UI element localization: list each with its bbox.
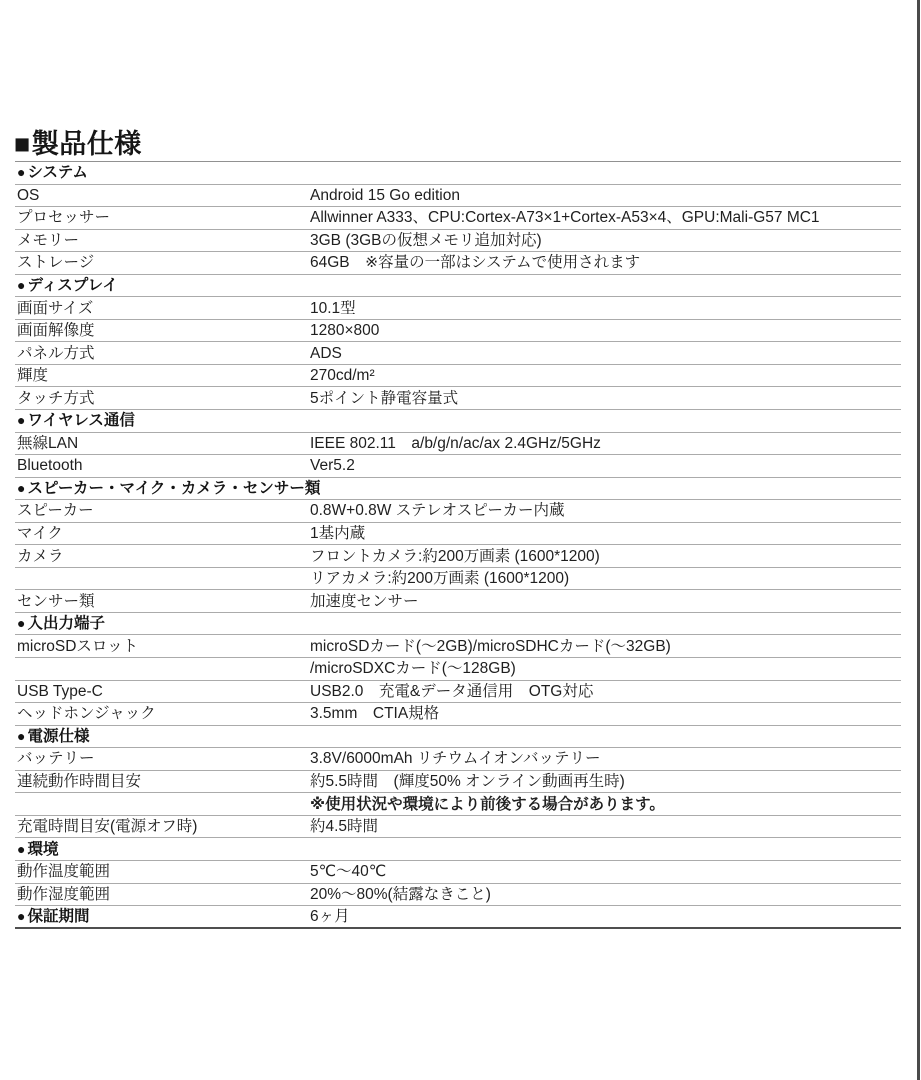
row-label-text: マイク <box>17 523 63 544</box>
spec-row: スピーカー0.8W+0.8W ステレオスピーカー内蔵 <box>15 500 901 523</box>
row-label: 連続動作時間目安 <box>17 771 141 793</box>
row-label: ●電源仕様 <box>17 726 89 748</box>
row-label: 輝度 <box>17 365 48 387</box>
section-bullet-icon: ● <box>17 410 25 431</box>
row-label-text: システム <box>27 162 87 183</box>
row-label-text: ワイヤレス通信 <box>27 410 134 431</box>
row-value: 0.8W+0.8W ステレオスピーカー内蔵 <box>310 500 565 522</box>
row-label: OS <box>17 185 39 207</box>
spec-row: 画面サイズ10.1型 <box>15 297 901 320</box>
row-label: ●環境 <box>17 838 58 860</box>
row-value: 1280×800 <box>310 320 379 342</box>
row-label-text: 画面サイズ <box>17 298 93 319</box>
spec-row: パネル方式ADS <box>15 342 901 365</box>
row-label-text: 保証期間 <box>27 906 89 927</box>
row-label-text: スピーカー <box>17 500 94 521</box>
section-bullet-icon: ● <box>17 906 25 927</box>
spec-row: ※使用状況や環境により前後する場合があります。 <box>15 793 901 816</box>
section-row: ●スピーカー・マイク・カメラ・センサー類 <box>15 478 901 501</box>
row-label-text: USB Type-C <box>17 681 103 702</box>
row-label-text: microSDスロット <box>17 636 138 657</box>
section-bullet-icon: ● <box>17 839 25 860</box>
spec-row: バッテリー3.8V/6000mAh リチウムイオンバッテリー <box>15 748 901 771</box>
spec-row: センサー類加速度センサー <box>15 590 901 613</box>
spec-row: USB Type-CUSB2.0 充電&データ通信用 OTG対応 <box>15 681 901 704</box>
row-value: 20%～80%(結露なきこと) <box>310 884 491 906</box>
row-label-text: ストレージ <box>17 252 94 273</box>
spec-row: 画面解像度1280×800 <box>15 320 901 343</box>
row-value: USB2.0 充電&データ通信用 OTG対応 <box>310 681 593 703</box>
row-label-text: メモリー <box>17 230 79 251</box>
row-label: ●保証期間 <box>17 906 89 927</box>
section-row: ●入出力端子 <box>15 613 901 636</box>
spec-row: OSAndroid 15 Go edition <box>15 185 901 208</box>
spec-row: タッチ方式5ポイント静電容量式 <box>15 387 901 410</box>
spec-row: 無線LANIEEE 802.11 a/b/g/n/ac/ax 2.4GHz/5G… <box>15 433 901 456</box>
row-label-text: ディスプレイ <box>27 275 117 296</box>
spec-row: microSDスロットmicroSDカード(～2GB)/microSDHCカード… <box>15 635 901 658</box>
row-label-text: 動作湿度範囲 <box>17 884 110 905</box>
row-label-text: 無線LAN <box>17 433 78 454</box>
spec-row: BluetoothVer5.2 <box>15 455 901 478</box>
row-label: マイク <box>17 523 63 545</box>
row-value: Allwinner A333、CPU:Cortex-A73×1+Cortex-A… <box>310 207 820 229</box>
row-label: 画面サイズ <box>17 297 93 319</box>
row-label-text: カメラ <box>17 546 64 567</box>
row-label: 画面解像度 <box>17 320 95 342</box>
row-label-text: タッチ方式 <box>17 388 95 409</box>
row-label: ●入出力端子 <box>17 613 105 635</box>
row-label: ●システム <box>17 162 88 184</box>
row-label: メモリー <box>17 230 79 252</box>
row-label: 動作温度範囲 <box>17 861 110 883</box>
spec-row: メモリー3GB (3GBの仮想メモリ追加対応) <box>15 230 901 253</box>
spec-row: 充電時間目安(電源オフ時)約4.5時間 <box>15 816 901 839</box>
row-value: /microSDXCカード(～128GB) <box>310 658 516 680</box>
spec-row: カメラフロントカメラ:約200万画素 (1600*1200) <box>15 545 901 568</box>
spec-row: /microSDXCカード(～128GB) <box>15 658 901 681</box>
row-label: 無線LAN <box>17 433 78 455</box>
row-label: ●ディスプレイ <box>17 275 118 297</box>
row-label-text: Bluetooth <box>17 455 83 476</box>
row-label-text: センサー類 <box>17 591 95 612</box>
row-label-text: 電源仕様 <box>27 726 89 747</box>
row-value: フロントカメラ:約200万画素 (1600*1200) <box>310 545 600 567</box>
row-label: プロセッサー <box>17 207 110 229</box>
row-label: スピーカー <box>17 500 94 522</box>
row-value: 10.1型 <box>310 297 356 319</box>
row-label-text: バッテリー <box>17 748 95 769</box>
row-label: バッテリー <box>17 748 95 770</box>
row-label-text: 画面解像度 <box>17 320 95 341</box>
spec-row: 動作温度範囲5℃～40℃ <box>15 861 901 884</box>
row-label: パネル方式 <box>17 342 95 364</box>
row-value: 5℃～40℃ <box>310 861 386 883</box>
row-value: 64GB ※容量の一部はシステムで使用されます <box>310 252 640 274</box>
row-value: Ver5.2 <box>310 455 355 477</box>
row-value: 3GB (3GBの仮想メモリ追加対応) <box>310 230 542 252</box>
row-value: ADS <box>310 342 342 364</box>
row-value: 約4.5時間 <box>310 816 378 838</box>
row-value: 270cd/m² <box>310 365 375 387</box>
row-label: USB Type-C <box>17 681 103 703</box>
row-value: 6ヶ月 <box>310 906 350 927</box>
row-label: microSDスロット <box>17 635 138 657</box>
row-value: IEEE 802.11 a/b/g/n/ac/ax 2.4GHz/5GHz <box>310 433 601 455</box>
row-value: ※使用状況や環境により前後する場合があります。 <box>310 793 665 815</box>
row-value: 3.8V/6000mAh リチウムイオンバッテリー <box>310 748 601 770</box>
spec-row: ヘッドホンジャック3.5mm CTIA規格 <box>15 703 901 726</box>
row-value: 加速度センサー <box>310 590 419 612</box>
row-label-text: 動作温度範囲 <box>17 861 110 882</box>
row-label: カメラ <box>17 545 64 567</box>
section-row: ●ワイヤレス通信 <box>15 410 901 433</box>
section-row: ●電源仕様 <box>15 726 901 749</box>
row-value: 約5.5時間 (輝度50% オンライン動画再生時) <box>310 771 625 793</box>
row-value: 1基内蔵 <box>310 523 365 545</box>
row-label-text: 入出力端子 <box>27 613 105 634</box>
row-label-text: 環境 <box>27 839 58 860</box>
page-right-edge-line <box>917 0 920 1080</box>
row-label: ストレージ <box>17 252 94 274</box>
row-label: 動作湿度範囲 <box>17 884 110 906</box>
row-label: 充電時間目安(電源オフ時) <box>17 816 197 838</box>
spec-row: ストレージ64GB ※容量の一部はシステムで使用されます <box>15 252 901 275</box>
section-bullet-icon: ● <box>17 478 25 499</box>
row-value: microSDカード(～2GB)/microSDHCカード(～32GB) <box>310 635 671 657</box>
spec-sheet-page: { "page": { "title_square": "■", "title_… <box>0 0 921 1080</box>
section-row: ●保証期間6ヶ月 <box>15 906 901 929</box>
section-bullet-icon: ● <box>17 275 25 296</box>
row-value: 3.5mm CTIA規格 <box>310 703 439 725</box>
row-label: Bluetooth <box>17 455 83 477</box>
spec-row: マイク1基内蔵 <box>15 523 901 546</box>
row-value: リアカメラ:約200万画素 (1600*1200) <box>310 568 569 590</box>
page-title-text: 製品仕様 <box>32 129 142 159</box>
row-label: ●スピーカー・マイク・カメラ・センサー類 <box>17 478 320 500</box>
row-label: タッチ方式 <box>17 387 95 409</box>
row-label-text: パネル方式 <box>17 343 95 364</box>
spec-row: 動作湿度範囲20%～80%(結露なきこと) <box>15 884 901 907</box>
row-label-text: 充電時間目安(電源オフ時) <box>17 816 197 837</box>
section-bullet-icon: ● <box>17 726 25 747</box>
spec-row: プロセッサーAllwinner A333、CPU:Cortex-A73×1+Co… <box>15 207 901 230</box>
row-value: 5ポイント静電容量式 <box>310 387 458 409</box>
row-value: Android 15 Go edition <box>310 185 460 207</box>
section-bullet-icon: ● <box>17 162 25 183</box>
row-label: ●ワイヤレス通信 <box>17 410 135 432</box>
row-label-text: スピーカー・マイク・カメラ・センサー類 <box>27 478 320 499</box>
row-label-text: OS <box>17 185 39 206</box>
row-label-text: ヘッドホンジャック <box>17 703 156 724</box>
row-label-text: 連続動作時間目安 <box>17 771 141 792</box>
row-label: ヘッドホンジャック <box>17 703 156 725</box>
title-square-icon: ■ <box>14 129 31 159</box>
row-label-text: 輝度 <box>17 365 48 386</box>
section-row: ●環境 <box>15 838 901 861</box>
spec-table: ●システムOSAndroid 15 Go editionプロセッサーAllwin… <box>15 161 901 929</box>
spec-row: リアカメラ:約200万画素 (1600*1200) <box>15 568 901 591</box>
page-title: ■製品仕様 <box>14 122 142 161</box>
section-row: ●システム <box>15 162 901 185</box>
spec-row: 連続動作時間目安約5.5時間 (輝度50% オンライン動画再生時) <box>15 771 901 794</box>
section-row: ●ディスプレイ <box>15 275 901 298</box>
row-label-text: プロセッサー <box>17 207 110 228</box>
section-bullet-icon: ● <box>17 613 25 634</box>
row-label: センサー類 <box>17 590 95 612</box>
spec-row: 輝度270cd/m² <box>15 365 901 388</box>
